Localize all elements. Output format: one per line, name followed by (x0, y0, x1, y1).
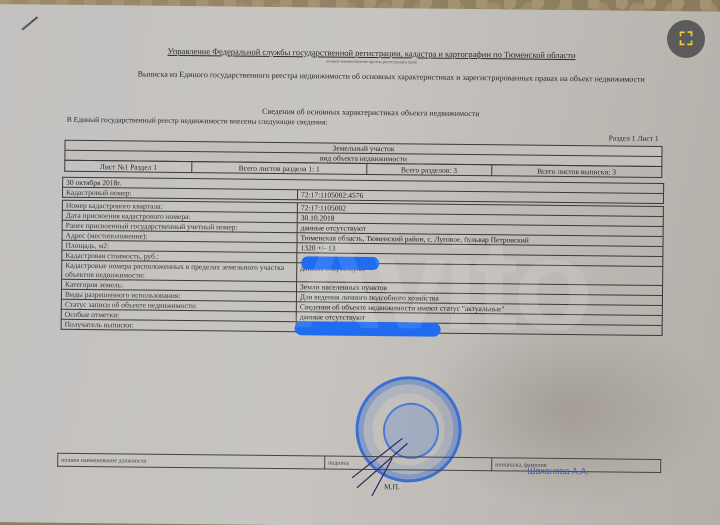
pen-mark (21, 16, 38, 30)
text-scan-icon: ⛶ (680, 29, 693, 50)
section-reference: Раздел 1 Лист 1 (609, 133, 659, 143)
sections-total: Всего разделов: 3 (366, 163, 491, 175)
sheets-in-section: Всего листов раздела 1: 1 (192, 162, 367, 175)
signature-caption: подпись (328, 461, 349, 467)
document-page: Управление Федеральной службы государств… (0, 4, 720, 525)
watermark: Avito (288, 207, 590, 360)
position-caption: полное наименование должности (61, 458, 146, 465)
sheet-number: Лист №1 Раздел 1 (65, 160, 192, 172)
text-scan-button[interactable]: ⛶ (667, 20, 705, 58)
seal-caption: М.П. (384, 482, 400, 491)
signature-field: подпись (325, 456, 492, 471)
signatory-name: Шаханова А.А. (527, 466, 589, 477)
row-label: Кадастровые номера расположенных в преде… (62, 260, 297, 281)
row-label: Получатель выписки: (61, 319, 296, 331)
position-field: полное наименование должности (58, 453, 325, 469)
intro-text: В Единый государственный реестр недвижим… (67, 115, 328, 127)
extract-title: Выписка из Единого государственного реес… (11, 68, 720, 85)
sheets-total: Всего листов выписки: 3 (491, 165, 661, 178)
